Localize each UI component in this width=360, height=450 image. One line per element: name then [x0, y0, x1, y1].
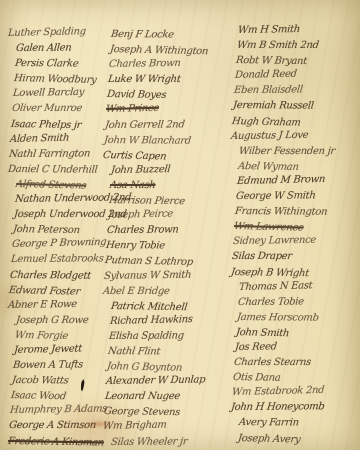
signature-name: Charles Tobie — [237, 294, 357, 310]
signature-name: Nathl Flint — [107, 344, 232, 360]
signature-name: Wm Brigham — [102, 416, 231, 434]
signature-name: John Buzzell — [110, 161, 232, 178]
signature-name: John W Blanchard — [103, 133, 231, 149]
signature-name: Alden Smith — [9, 129, 108, 146]
signature-name: Alexander W Dunlap — [105, 372, 231, 389]
signature-name: Daniel C Underhill — [7, 162, 108, 178]
signature-name: Oliver Munroe — [11, 101, 109, 116]
signature-name: Joseph Peirce — [107, 205, 231, 223]
signature-name: Eben Blaisdell — [233, 82, 358, 98]
signature-name: Richard Hawkins — [110, 311, 232, 329]
signature-name: Donald Reed — [234, 65, 357, 83]
signature-name: Abner E Rowe — [7, 296, 108, 313]
signature-name: Augustus J Love — [230, 127, 358, 144]
signature-name: Avery Farrin — [238, 415, 357, 431]
signature-name: Humphrey B Adams — [9, 402, 108, 419]
signature-name: Francis Withington — [234, 204, 358, 220]
signature-name: John H Honeycomb — [230, 399, 358, 415]
signature-name: George W Smith — [235, 188, 357, 204]
signature-name: Charles Blodgett — [9, 268, 109, 284]
signature-name: Luther Spalding — [8, 24, 109, 41]
signature-name: Sidney Lawrence — [232, 232, 357, 249]
signature-name: Frederic A Kinsman — [7, 434, 109, 450]
signature-name: John Gerrell 2nd — [104, 117, 232, 133]
signature-name: Jerome Jewett — [14, 341, 109, 358]
signature-name: Jeremiah Russell — [232, 98, 357, 114]
signature-name: Nathan Underwood 2nd — [14, 191, 109, 208]
signature-name: Joseph Underwood 2nd — [13, 207, 108, 222]
paper-stain — [86, 420, 112, 428]
manuscript-page: Luther SpaldingGalen AllenPersis ClarkeH… — [0, 0, 360, 450]
signature-name: Sylvanus W Smith — [103, 266, 231, 283]
signature-name: Bowen A Tufts — [12, 357, 108, 373]
signature-name: Edmund M Brown — [236, 171, 357, 189]
signature-name: Wm Prince — [105, 100, 231, 118]
signature-name: Charles Brown — [106, 222, 231, 238]
signature-name: James Horscomb — [236, 310, 358, 326]
signature-name: Galen Allen — [15, 40, 108, 56]
signature-name: Lowell Barclay — [12, 85, 108, 102]
signature-name: Benj F Locke — [110, 27, 232, 43]
signature-name: Wm H Smith — [237, 21, 357, 38]
signature-name: Silas Wheeler jr — [110, 434, 232, 450]
signature-column-middle: Benj F LockeJoseph A WithingtonCharles B… — [103, 27, 231, 450]
signature-name: Henry Tobie — [105, 238, 232, 254]
signature-column-left: Luther SpaldingGalen AllenPersis ClarkeH… — [8, 26, 108, 449]
signature-name: Abel E Bridge — [102, 284, 232, 299]
signature-name: Charles Brown — [108, 55, 231, 72]
signature-name: Thomas N East — [239, 277, 358, 295]
signature-name: Jos Reed — [234, 338, 357, 355]
signature-name: Wm B Smith 2nd — [236, 38, 358, 53]
signature-name: Jacob Watts — [11, 373, 109, 389]
signature-name: Elisha Spalding — [108, 328, 231, 344]
signature-name: Persis Clarke — [14, 56, 109, 72]
signature-column-right: Wm H SmithWm B Smith 2ndRobt W BryantDon… — [231, 23, 357, 446]
signature-name: Luke W Wright — [107, 72, 232, 87]
signature-name: George P Browning — [11, 235, 108, 252]
signature-name: Joseph G Rowe — [15, 313, 109, 328]
signature-name: Wm Estabrook 2nd — [231, 382, 357, 400]
signature-name: Wilber Fessenden jr — [238, 144, 357, 159]
signature-name: Leonard Nugee — [104, 389, 232, 404]
signature-name: Nathl Farrington — [8, 146, 109, 162]
signature-name: Asa Nash — [109, 178, 231, 193]
signature-name: Joseph Avery — [237, 431, 358, 449]
signature-name: Lemuel Estabrooks — [10, 252, 108, 268]
signature-name: Silas Draper — [231, 249, 358, 264]
signature-name: Charles Stearns — [233, 355, 358, 370]
